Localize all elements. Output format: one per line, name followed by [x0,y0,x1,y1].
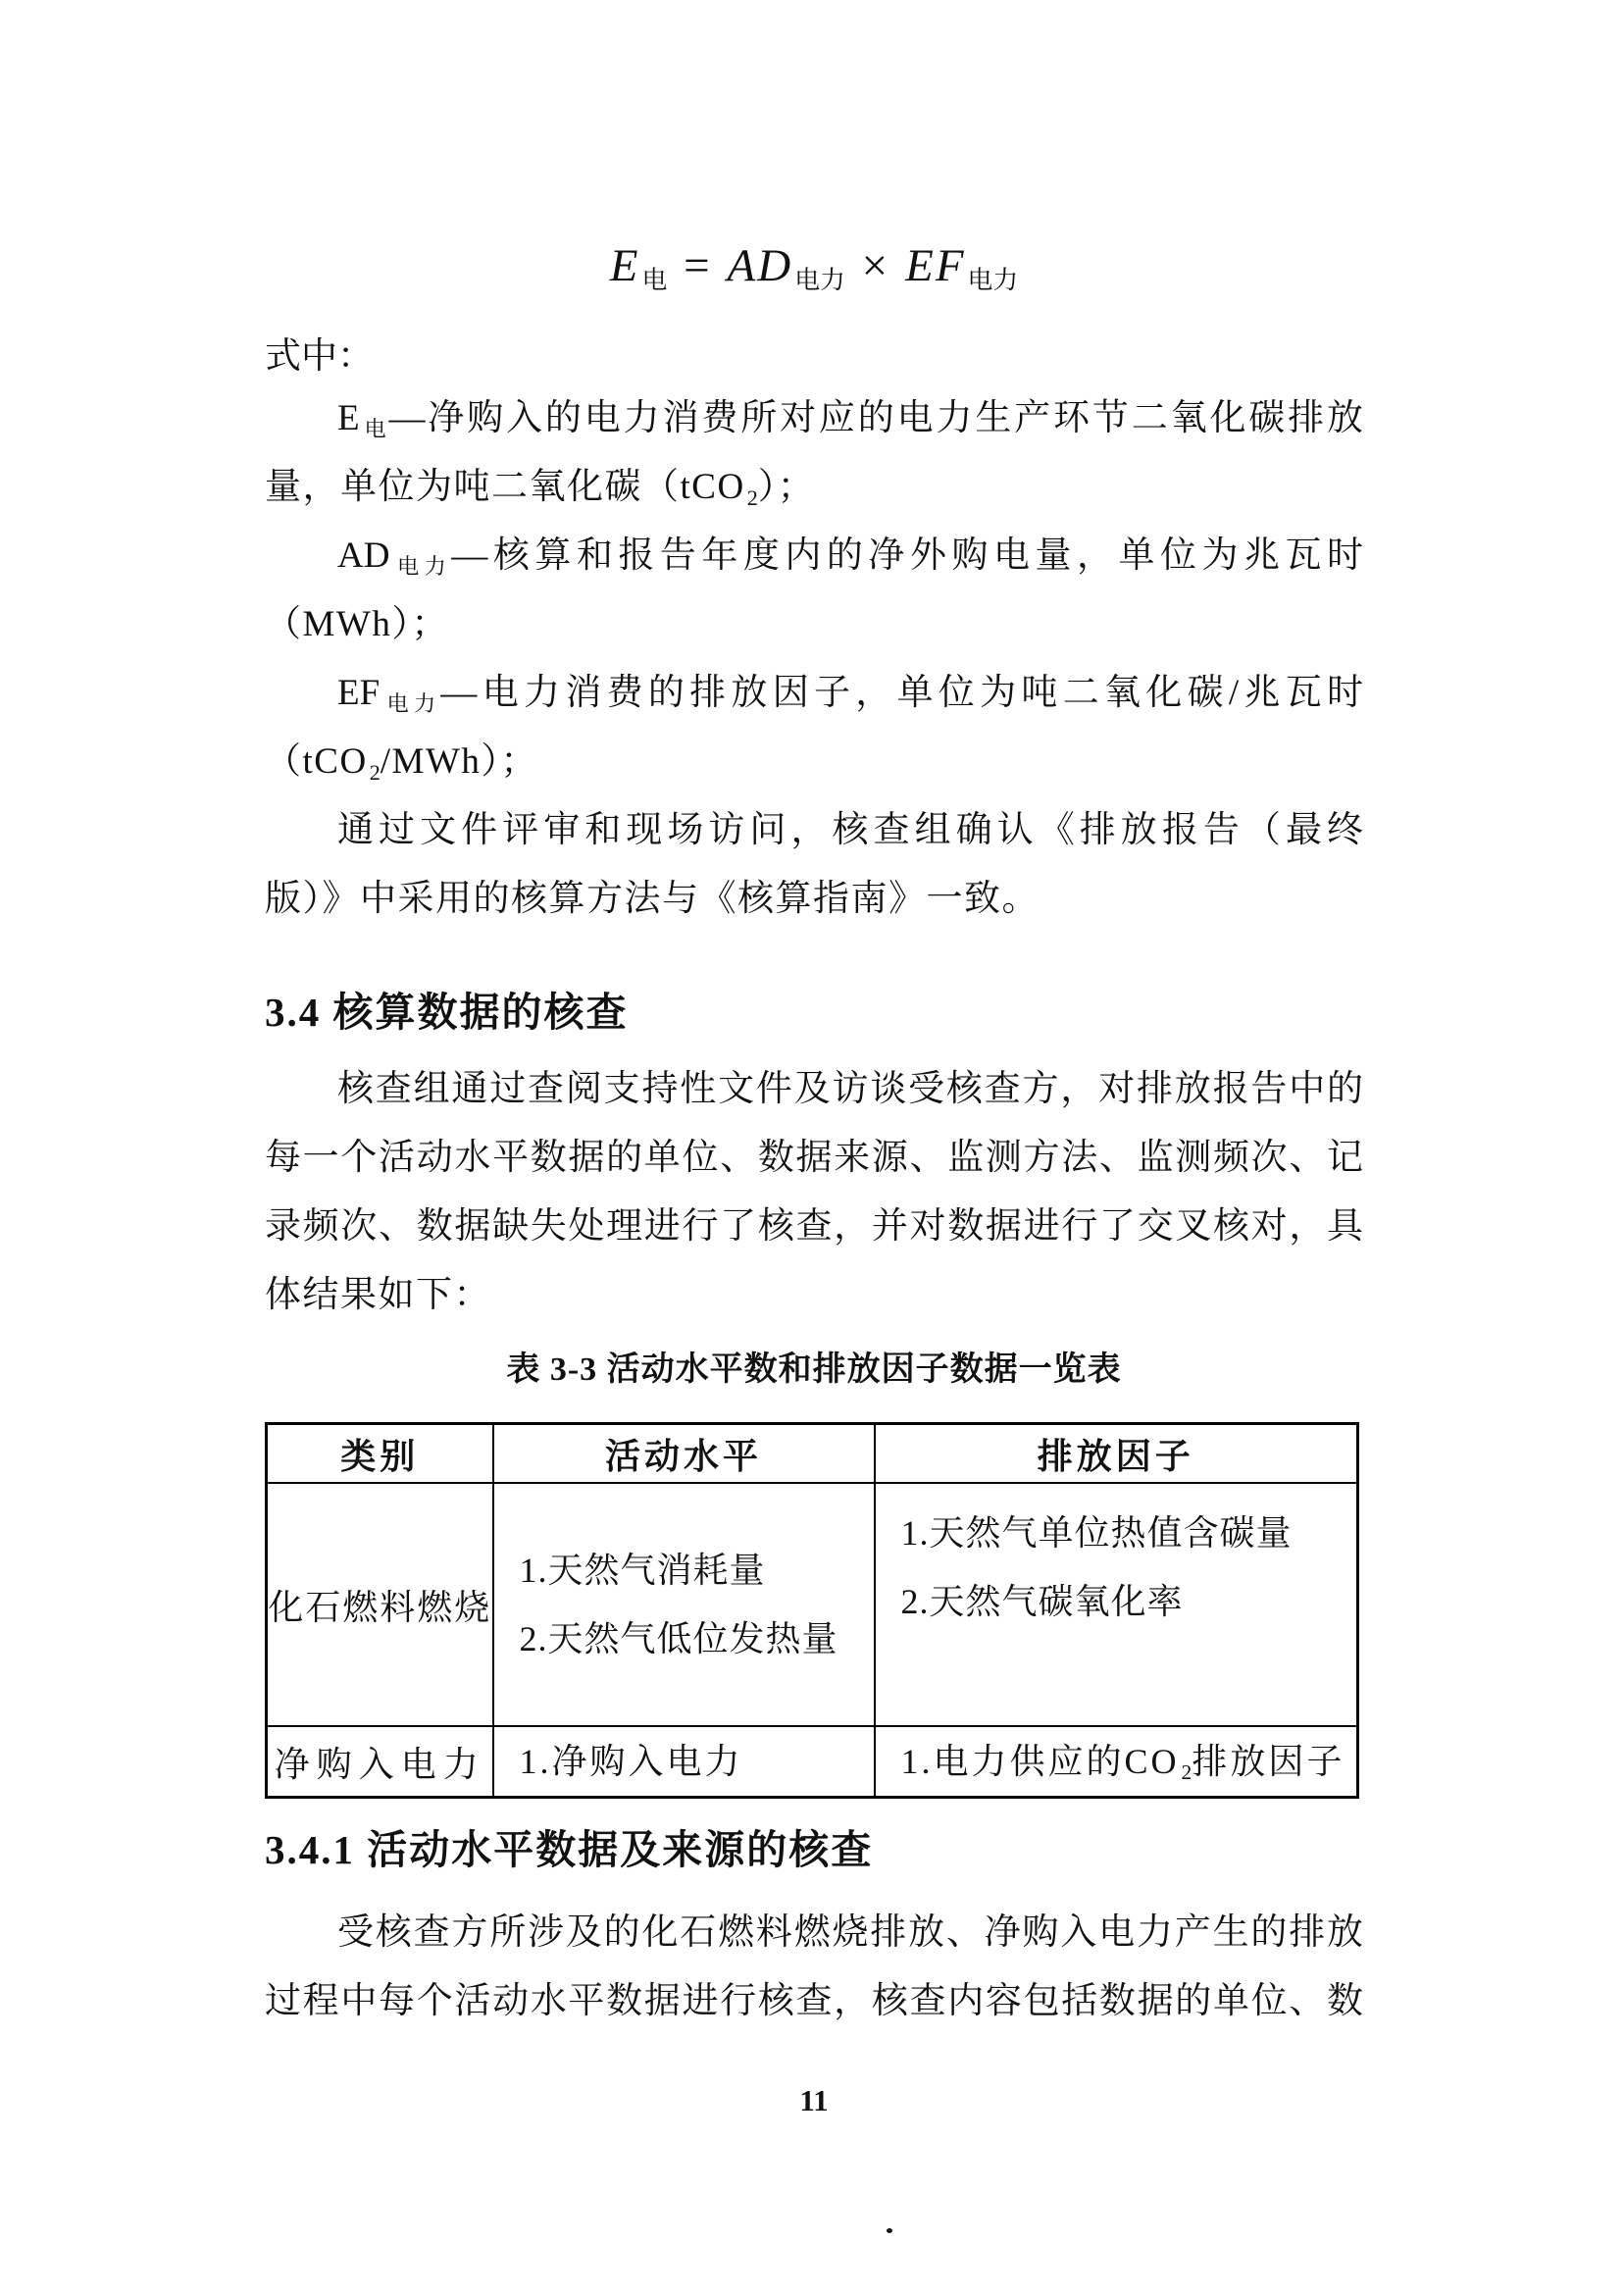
scan-speck [887,2228,892,2233]
cell-line: 2.天然气碳氧化率 [901,1567,1357,1636]
paragraph-line: 体结果如下： [265,1261,1363,1330]
paragraph-line: 过程中每个活动水平数据进行核查，核查内容包括数据的单位、数 [265,1967,1363,2036]
paragraph-line: （MWh）； [265,590,1363,659]
cell-line: 1.净购入电力 [520,1727,874,1796]
paragraph-line: 核查组通过查阅支持性文件及访谈受核查方，对排放报告中的 [265,1055,1363,1124]
cell-emission-factor: 1.电力供应的CO2排放因子 [875,1726,1358,1798]
cell-category: 化石燃料燃烧 [267,1483,493,1726]
column-header-emission-factor: 排放因子 [875,1424,1358,1484]
cell-line: 1.电力供应的CO2排放因子 [901,1727,1357,1796]
paragraph-line: 版）》中采用的核算方法与《核算指南》一致。 [265,865,1363,934]
cell-line: 2.天然气低位发热量 [520,1605,874,1673]
paragraph-ef-term: EF电力—电力消费的排放因子，单位为吨二氧化碳/兆瓦时 （tCO2/MWh）； [265,659,1363,796]
table-row: 净购入电力 1.净购入电力 1.电力供应的CO2排放因子 [267,1726,1358,1798]
paragraph-line: （tCO2/MWh）； [265,728,1363,796]
cell-emission-factor: 1.天然气单位热值含碳量 2.天然气碳氧化率 [875,1483,1358,1726]
cell-activity: 1.净购入电力 [493,1726,875,1798]
paragraph-line: AD电力—核算和报告年度内的净外购电量，单位为兆瓦时 [265,522,1363,590]
table-row: 化石燃料燃烧 1.天然气消耗量 2.天然气低位发热量 1.天然气单位热值含碳量 … [267,1483,1358,1726]
cell-line: 1.天然气单位热值含碳量 [901,1499,1357,1567]
column-header-category: 类别 [267,1424,493,1484]
document-page: E电 = AD电力 × EF电力 式中： E电—净购入的电力消费所对应的电力生产… [0,0,1624,2293]
cell-activity: 1.天然气消耗量 2.天然气低位发热量 [493,1483,875,1726]
paragraph-ad-term: AD电力—核算和报告年度内的净外购电量，单位为兆瓦时 （MWh）； [265,522,1363,659]
paragraph-review-conclusion: 通过文件评审和现场访问，核查组确认《排放报告（最终 版）》中采用的核算方法与《核… [265,796,1363,934]
paragraph-line: 受核查方所涉及的化石燃料燃烧排放、净购入电力产生的排放 [265,1899,1363,1967]
paragraph-line: 录频次、数据缺失处理进行了核查，并对数据进行了交叉核对，具 [265,1193,1363,1261]
paragraph-line: 量，单位为吨二氧化碳（tCO2）； [265,453,1363,522]
paragraph-line: EF电力—电力消费的排放因子，单位为吨二氧化碳/兆瓦时 [265,659,1363,728]
emission-formula: E电 = AD电力 × EF电力 [265,231,1363,300]
table-3-3: 类别 活动水平 排放因子 化石燃料燃烧 1.天然气消耗量 2.天然气低位发热量 … [265,1422,1359,1799]
paragraph-section-3-4-1: 受核查方所涉及的化石燃料燃烧排放、净购入电力产生的排放 过程中每个活动水平数据进… [265,1899,1363,2036]
paragraph-line: E电—净购入的电力消费所对应的电力生产环节二氧化碳排放 [265,384,1363,453]
paragraph-section-3-4: 核查组通过查阅支持性文件及访谈受核查方，对排放报告中的 每一个活动水平数据的单位… [265,1055,1363,1330]
paragraph-e-term: E电—净购入的电力消费所对应的电力生产环节二氧化碳排放 量，单位为吨二氧化碳（t… [265,384,1363,522]
cell-line: 1.天然气消耗量 [520,1536,874,1605]
page-number: 11 [265,2081,1363,2120]
formula-legend-label: 式中： [265,323,1363,391]
table-3-3-caption: 表 3-3 活动水平数和排放因子数据一览表 [265,1336,1363,1404]
cell-category: 净购入电力 [267,1726,493,1798]
section-3-4-heading: 3.4 核算数据的核查 [265,978,1363,1046]
paragraph-line: 每一个活动水平数据的单位、数据来源、监测方法、监测频次、记 [265,1124,1363,1193]
column-header-activity: 活动水平 [493,1424,875,1484]
table-header-row: 类别 活动水平 排放因子 [267,1424,1358,1484]
section-3-4-1-heading: 3.4.1 活动水平数据及来源的核查 [265,1815,1363,1884]
paragraph-line: 通过文件评审和现场访问，核查组确认《排放报告（最终 [265,796,1363,865]
